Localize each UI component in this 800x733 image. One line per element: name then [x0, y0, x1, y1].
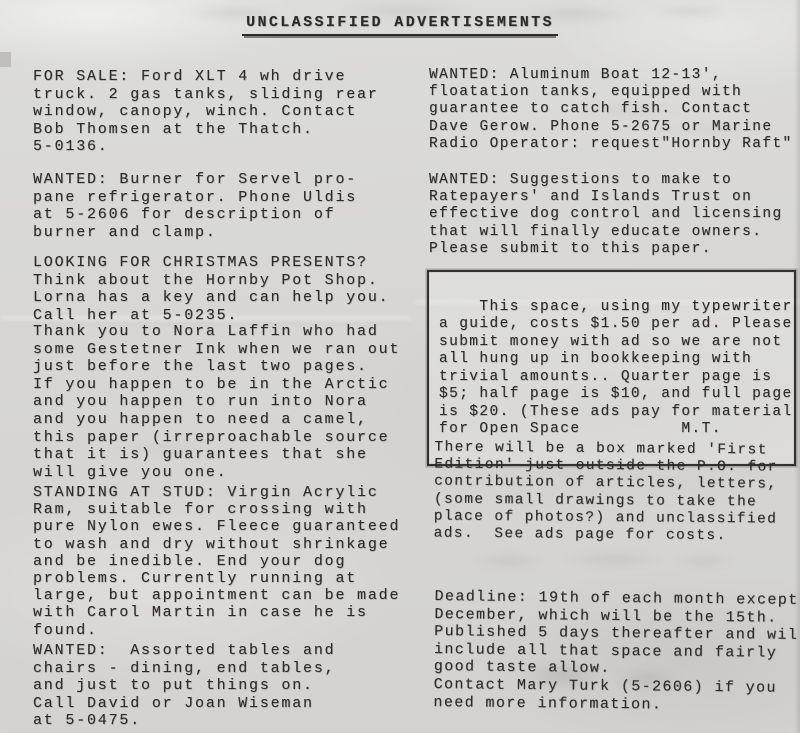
rates-box-text: This space, using my typewriter as a gui…: [439, 299, 800, 438]
page-title: UNCLASSIFIED ADVERTISEMENTS: [242, 14, 558, 36]
notice-first-edition-box: There will be a box marked 'First Editio…: [434, 440, 778, 546]
stray-ink-mark: [0, 52, 11, 67]
ad-wanted-burner: WANTED: Burner for Servel pro- pane refr…: [33, 171, 357, 241]
notice-nora-laffin: Thank you to Nora Laffin who had some Ge…: [33, 323, 400, 481]
scanned-newsletter-page: UNCLASSIFIED ADVERTISEMENTS FOR SALE: Fo…: [0, 0, 800, 733]
ad-standing-at-stud: STANDING AT STUD: Virgin Acrylic Ram, su…: [33, 484, 400, 639]
ad-wanted-suggestions: WANTED: Suggestions to make to Ratepayer…: [429, 172, 783, 258]
ad-wanted-boat: WANTED: Aluminum Boat 12-13', floatation…: [429, 67, 793, 153]
notice-deadline: Deadline: 19th of each month except Dece…: [433, 588, 800, 715]
rates-box: This space, using my typewriter as a gui…: [427, 270, 796, 466]
ad-for-sale-truck: FOR SALE: Ford XLT 4 wh drive truck. 2 g…: [33, 68, 379, 156]
ad-wanted-tables: WANTED: Assorted tables and chairs - din…: [33, 642, 335, 730]
showthrough-smudge: [470, 543, 730, 579]
ad-christmas-presents: LOOKING FOR CHRISTMAS PRESENTS? Think ab…: [33, 254, 389, 324]
